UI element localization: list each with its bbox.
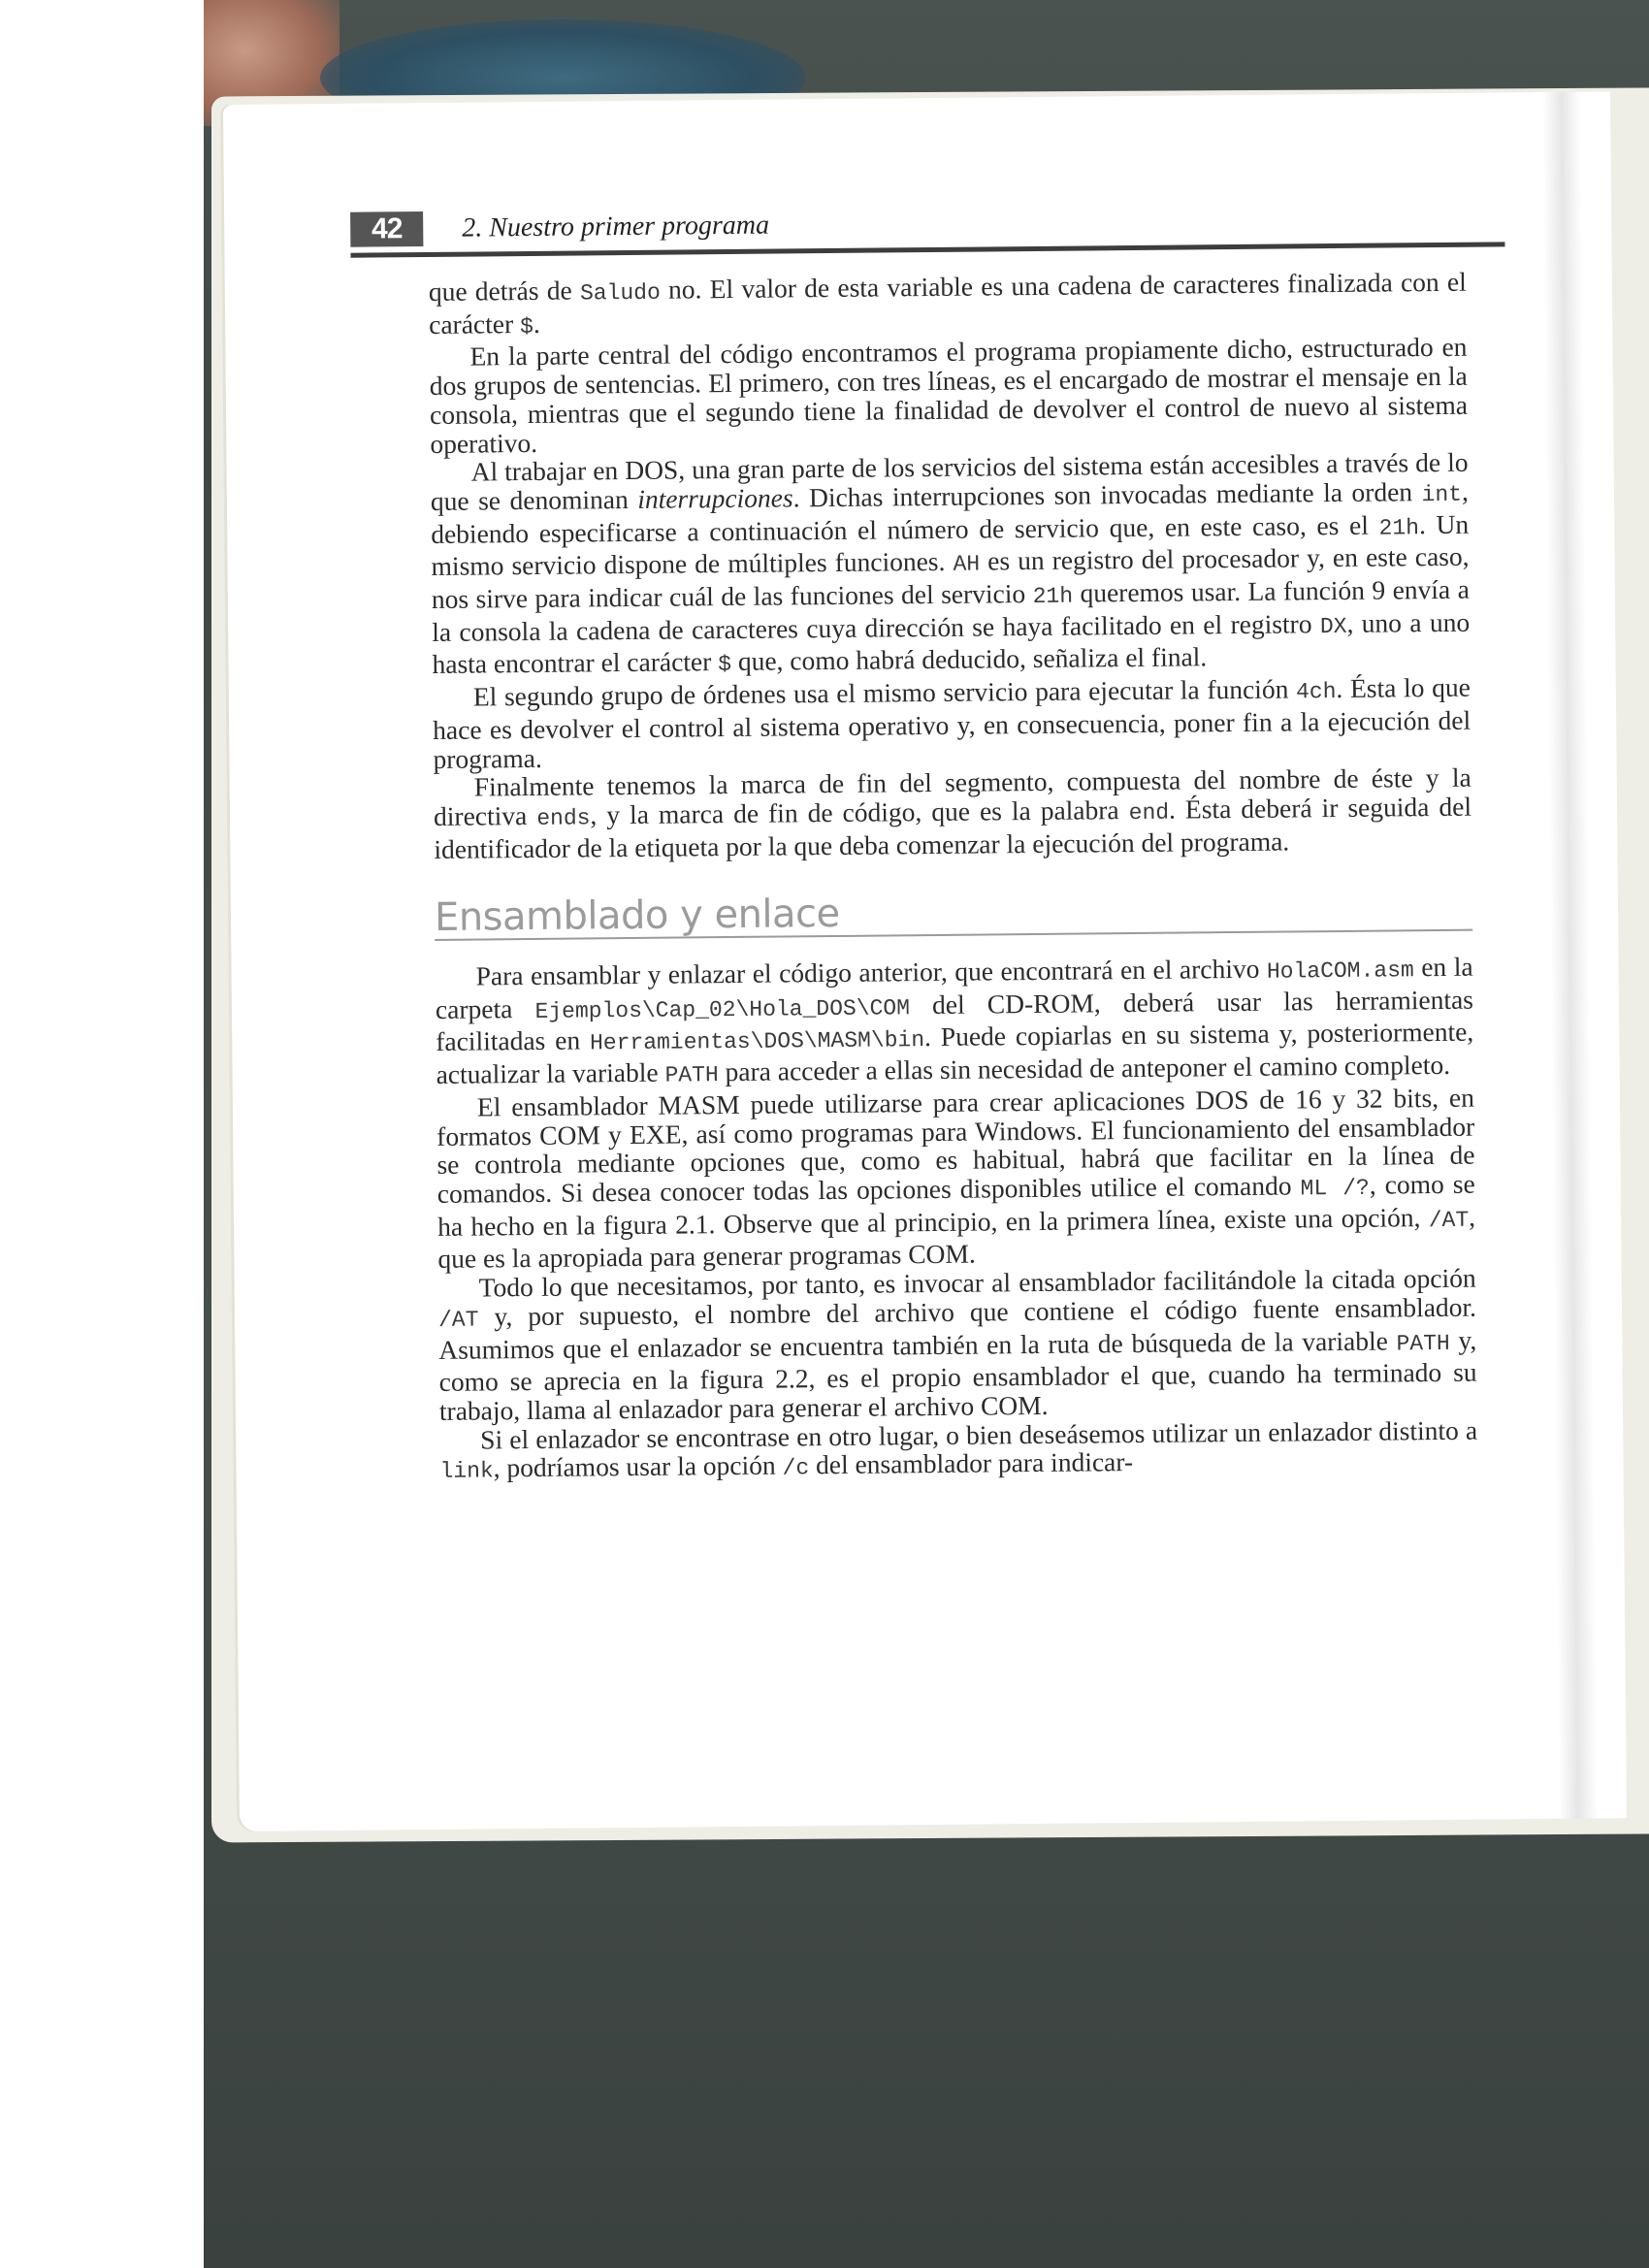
paragraph: El segundo grupo de órdenes usa el mismo… <box>433 673 1471 773</box>
running-header: 42 2. Nuestro primer programa <box>350 201 1514 261</box>
text-run: . Dichas interrupciones son invocadas me… <box>792 476 1421 512</box>
inline-code: PATH <box>664 1062 718 1088</box>
inline-code: ends <box>536 805 590 831</box>
paragraph: Si el enlazador se encontrase en otro lu… <box>439 1415 1478 1487</box>
inline-code: HolaCOM.asm <box>1267 957 1414 984</box>
paragraph: Todo lo que necesitamos, por tanto, es i… <box>438 1264 1477 1426</box>
text-run: . <box>533 308 540 339</box>
text-run: del ensamblador para indicar- <box>809 1446 1133 1479</box>
inline-code: ML /? <box>1300 1176 1369 1202</box>
text-run: , y la marca de fin de código, que es la… <box>590 794 1129 829</box>
inline-code: /c <box>782 1456 809 1481</box>
paragraph: Finalmente tenemos la marca de fin del s… <box>434 763 1472 863</box>
paragraph: que detrás de Saludo no. El valor de est… <box>429 268 1468 343</box>
text-run: En la parte central del código encontram… <box>430 332 1469 458</box>
paragraphs-after-section: Para ensamblar y enlazar el código anter… <box>435 953 1477 1487</box>
inline-code: Ejemplos\Cap_02\Hola_DOS\COM <box>534 995 910 1024</box>
inline-code: AH <box>953 552 980 577</box>
text-run: para acceder a ellas sin necesidad de an… <box>719 1050 1451 1086</box>
paragraph: El ensamblador MASM puede utilizarse par… <box>436 1084 1476 1274</box>
inline-code: Herramientas\DOS\MASM\bin <box>590 1028 924 1056</box>
italic-term: interrupciones <box>637 482 793 514</box>
paragraph: Para ensamblar y enlazar el código anter… <box>435 953 1473 1093</box>
text-run: que detrás de <box>429 275 580 306</box>
inline-code: $ <box>520 314 533 340</box>
book-page: 42 2. Nuestro primer programa que detrás… <box>223 91 1627 1831</box>
section-heading: Ensamblado y enlace <box>435 894 1472 941</box>
text-run: Para ensamblar y enlazar el código anter… <box>475 954 1267 991</box>
inline-code: /AT <box>438 1307 479 1332</box>
paragraphs-before-section: que detrás de Saludo no. El valor de est… <box>429 268 1472 864</box>
paragraph: Al trabajar en DOS, una gran parte de lo… <box>431 448 1471 683</box>
text-run: que, como habrá deducido, señaliza el fi… <box>731 642 1208 677</box>
page-number: 42 <box>350 211 423 247</box>
body-text: que detrás de Saludo no. El valor de est… <box>429 268 1478 1487</box>
inline-code: 4ch <box>1296 679 1337 704</box>
inline-code: Saludo <box>580 280 661 307</box>
text-run: , podríamos usar la opción <box>494 1450 783 1483</box>
inline-code: 21h <box>1033 584 1074 609</box>
book-gutter <box>1542 92 1598 1819</box>
text-run: y, por supuesto, el nombre del archivo q… <box>438 1291 1476 1364</box>
inline-code: /AT <box>1429 1207 1470 1232</box>
inline-code: 21h <box>1378 515 1419 540</box>
header-rule <box>350 242 1504 257</box>
inline-code: end <box>1129 800 1170 826</box>
chapter-title: 2. Nuestro primer programa <box>462 211 769 244</box>
inline-code: int <box>1421 482 1462 507</box>
inline-code: PATH <box>1396 1330 1449 1356</box>
paragraph: En la parte central del código encontram… <box>429 333 1468 458</box>
inline-code: $ <box>718 652 731 677</box>
inline-code: link <box>439 1459 493 1485</box>
inline-code: DX <box>1320 614 1347 639</box>
